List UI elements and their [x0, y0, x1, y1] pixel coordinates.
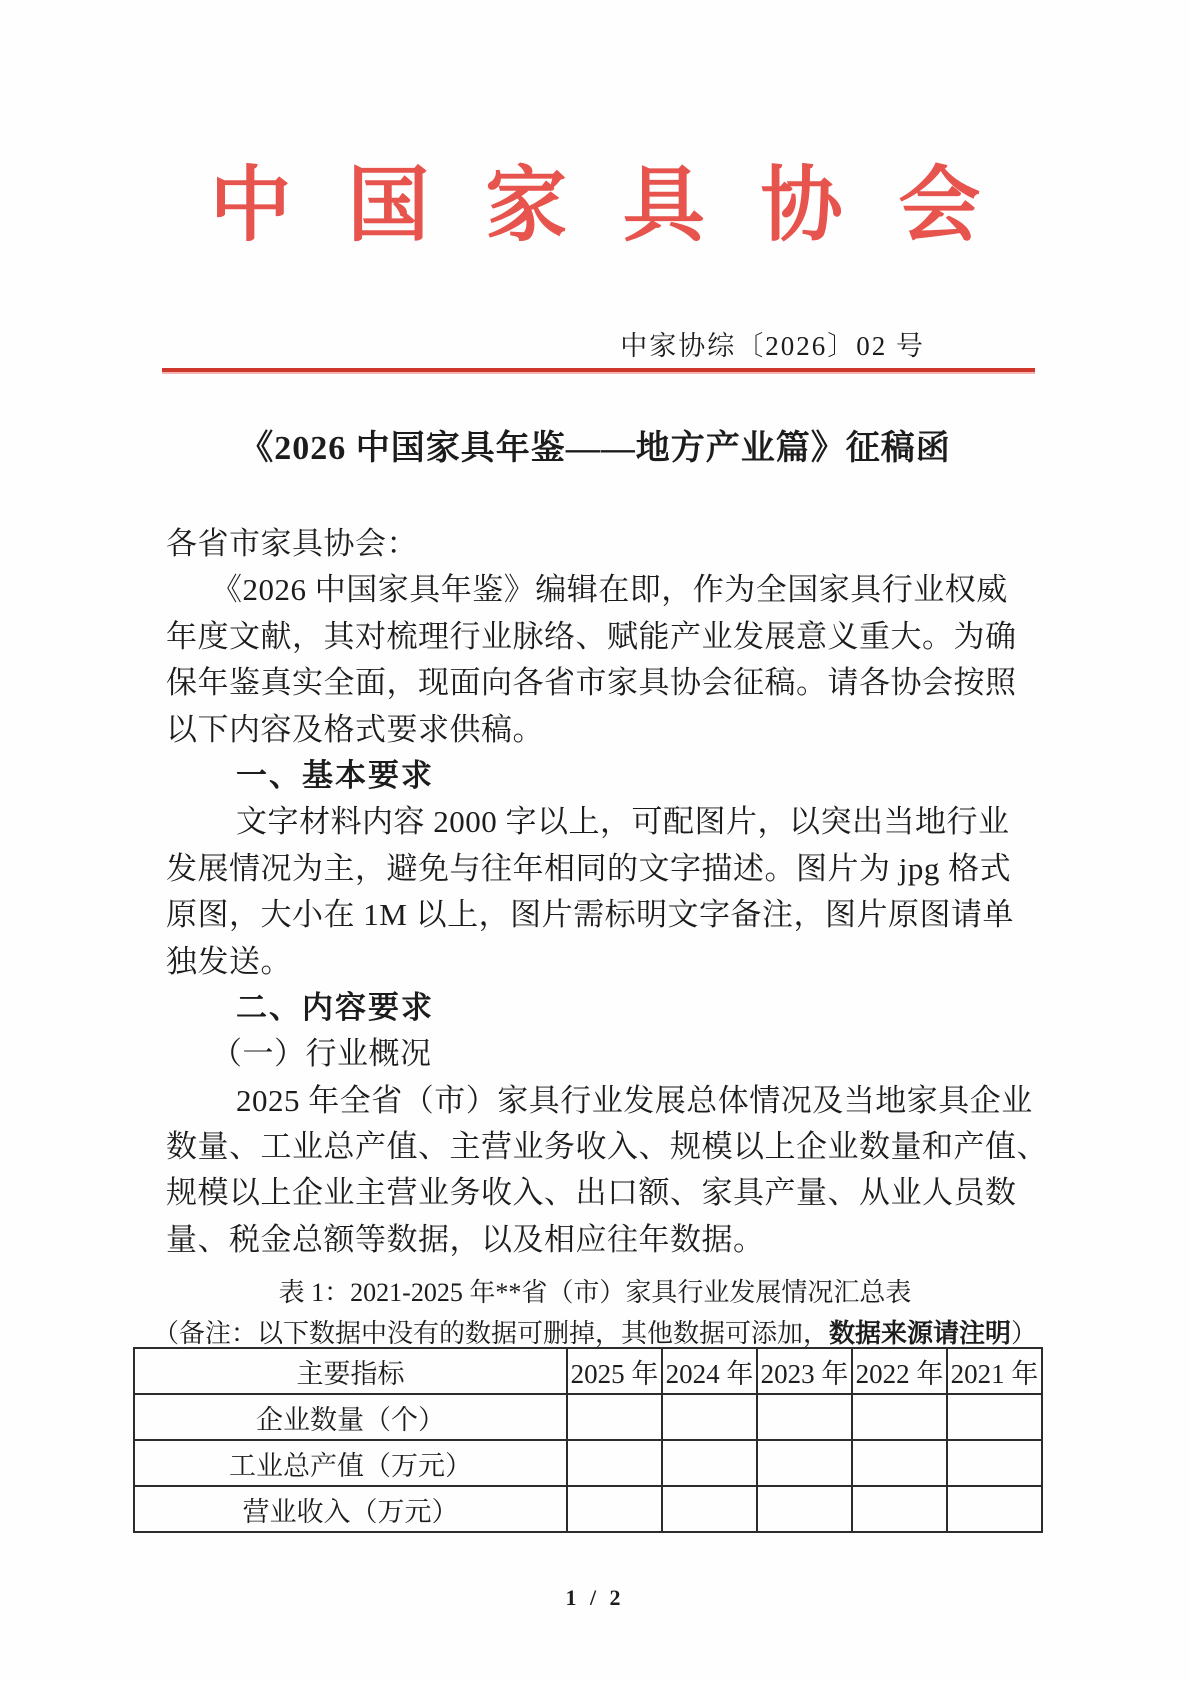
page-number: 1 / 2: [0, 1585, 1190, 1611]
table-row-label: 工业总产值（万元）: [134, 1440, 567, 1486]
body-heading-line: 二、内容要求: [166, 985, 1038, 1031]
document-page: 中国家具协会 中家协综〔2026〕02 号 《2026 中国家具年鉴——地方产业…: [0, 0, 1190, 1682]
body-line: 《2026 中国家具年鉴》编辑在即，作为全国家具行业权威: [166, 567, 1038, 613]
table-header-year: 2021 年: [947, 1348, 1042, 1394]
table-row: 工业总产值（万元）: [134, 1440, 1042, 1486]
table-header-indicator: 主要指标: [134, 1348, 567, 1394]
table-cell-empty: [852, 1486, 947, 1532]
table-cell-empty: [662, 1486, 757, 1532]
table-header-year: 2025 年: [567, 1348, 662, 1394]
table-row: 企业数量（个）: [134, 1394, 1042, 1440]
body-line: 各省市家具协会：: [166, 521, 1038, 567]
table-header-year: 2024 年: [662, 1348, 757, 1394]
letterhead-rule: [162, 368, 1035, 372]
body-line: （一）行业概况: [166, 1031, 1038, 1077]
letterhead-org-name: 中国家具协会: [0, 140, 1190, 257]
table-cell-empty: [757, 1394, 852, 1440]
table-cell-empty: [757, 1440, 852, 1486]
table-cell-empty: [567, 1440, 662, 1486]
table-header-row: 主要指标2025 年2024 年2023 年2022 年2021 年: [134, 1348, 1042, 1394]
table-row-label: 营业收入（万元）: [134, 1486, 567, 1532]
table-cell-empty: [567, 1486, 662, 1532]
table-cell-empty: [947, 1440, 1042, 1486]
body-line: 量、税金总额等数据，以及相应往年数据。: [166, 1217, 1038, 1263]
table-cell-empty: [947, 1394, 1042, 1440]
table-cell-empty: [567, 1394, 662, 1440]
table-cell-empty: [757, 1486, 852, 1532]
summary-table: 主要指标2025 年2024 年2023 年2022 年2021 年 企业数量（…: [133, 1347, 1043, 1533]
table-row: 营业收入（万元）: [134, 1486, 1042, 1532]
body-line: 2025 年全省（市）家具行业发展总体情况及当地家具企业: [166, 1078, 1038, 1124]
table-note-suffix: ）: [1011, 1319, 1037, 1348]
body-line: 年度文献，其对梳理行业脉络、赋能产业发展意义重大。为确: [166, 614, 1038, 660]
body-text: 各省市家具协会：《2026 中国家具年鉴》编辑在即，作为全国家具行业权威年度文献…: [166, 521, 1038, 1263]
body-line: 数量、工业总产值、主营业务收入、规模以上企业数量和产值、: [166, 1124, 1038, 1170]
body-line: 以下内容及格式要求供稿。: [166, 707, 1038, 753]
table-note: （备注：以下数据中没有的数据可删掉，其他数据可添加，数据来源请注明）: [0, 1313, 1190, 1350]
table-cell-empty: [662, 1440, 757, 1486]
body-line: 保年鉴真实全面，现面向各省市家具协会征稿。请各协会按照: [166, 660, 1038, 706]
table-cell-empty: [662, 1394, 757, 1440]
body-line: 原图，大小在 1M 以上，图片需标明文字备注，图片原图请单: [166, 892, 1038, 938]
table-cell-empty: [947, 1486, 1042, 1532]
table-note-prefix: （备注：以下数据中没有的数据可删掉，其他数据可添加，: [153, 1319, 829, 1348]
body-line: 规模以上企业主营业务收入、出口额、家具产量、从业人员数: [166, 1170, 1038, 1216]
body-line: 文字材料内容 2000 字以上，可配图片，以突出当地行业: [166, 799, 1038, 845]
body-line: 发展情况为主，避免与往年相同的文字描述。图片为 jpg 格式: [166, 846, 1038, 892]
table-header-year: 2022 年: [852, 1348, 947, 1394]
table-cell-empty: [852, 1440, 947, 1486]
document-number: 中家协综〔2026〕02 号: [620, 324, 925, 363]
table-header-year: 2023 年: [757, 1348, 852, 1394]
body-heading-line: 一、基本要求: [166, 753, 1038, 799]
table-row-label: 企业数量（个）: [134, 1394, 567, 1440]
body-line: 独发送。: [166, 939, 1038, 985]
table-cell-empty: [852, 1394, 947, 1440]
table-note-bold: 数据来源请注明: [829, 1319, 1011, 1348]
table-caption: 表 1：2021-2025 年**省（市）家具行业发展情况汇总表: [0, 1272, 1190, 1309]
document-title: 《2026 中国家具年鉴——地方产业篇》征稿函: [0, 420, 1190, 469]
